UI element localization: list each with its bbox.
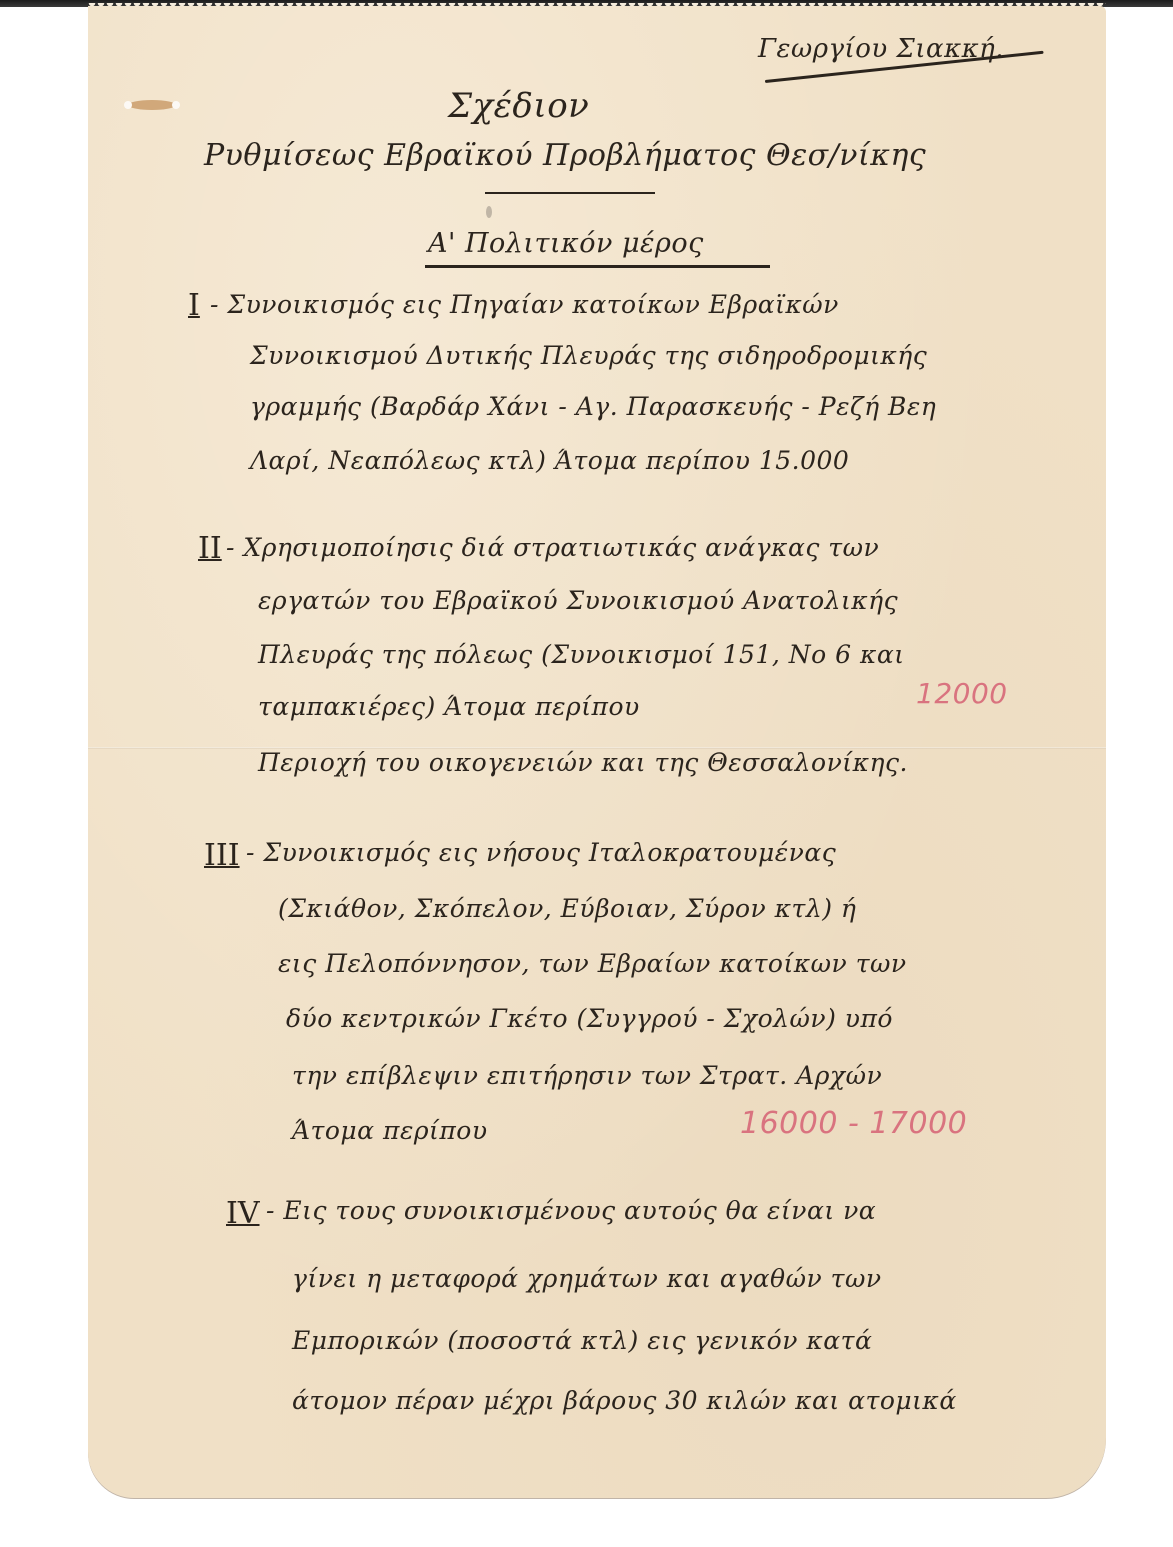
item-line: ταμπακιέρες) Άτομα περίπου bbox=[258, 692, 640, 721]
title-divider bbox=[485, 192, 655, 194]
item-line: την επίβλεψιν επιτήρησιν των Στρατ. Αρχώ… bbox=[292, 1061, 882, 1090]
red-annotation: 12000 bbox=[916, 677, 1008, 710]
document-page: Γεωργίου Σιακκή. Σχέδιον Ρυθμίσεως Εβραϊ… bbox=[88, 6, 1106, 1498]
item-line: εις Πελοπόννησον, των Εβραίων κατοίκων τ… bbox=[278, 949, 907, 978]
document-subtitle: Ρυθμίσεως Εβραϊκού Προβλήματος Θεσ/νίκης bbox=[204, 138, 926, 173]
document-title: Σχέδιον bbox=[448, 86, 589, 126]
item-line: γραμμής (Βαρδάρ Χάνι - Αγ. Παρασκευής - … bbox=[250, 392, 936, 421]
item-line: εργατών του Εβραϊκού Συνοικισμού Ανατολι… bbox=[258, 586, 898, 615]
item-line: - Συνοικισμός εις Πηγαίαν κατοίκων Εβραϊ… bbox=[210, 290, 839, 319]
item-line: άτομον πέραν μέχρι βάρους 30 κιλών και α… bbox=[292, 1386, 957, 1415]
item-line: Συνοικισμού Δυτικής Πλευράς της σιδηροδρ… bbox=[250, 341, 927, 370]
item-line: Πλευράς της πόλεως (Συνοικισμοί 151, Νο … bbox=[258, 640, 905, 669]
section-heading: Α' Πολιτικόν μέρος bbox=[428, 228, 704, 259]
item-line: - Χρησιμοποίησις διά στρατιωτικάς ανάγκα… bbox=[226, 533, 879, 562]
red-annotation: 16000 - 17000 bbox=[740, 1106, 967, 1141]
item-line: Εμπορικών (ποσοστά κτλ) εις γενικόν κατά bbox=[292, 1326, 872, 1355]
item-line: γίνει η μεταφορά χρημάτων και αγαθών των bbox=[292, 1264, 882, 1293]
item-line: Περιοχή του οικογενειών και της Θεσσαλον… bbox=[258, 748, 908, 777]
item-line: (Σκιάθον, Σκόπελον, Εύβοιαν, Σύρον κτλ) … bbox=[278, 894, 856, 923]
item-numeral: II bbox=[198, 531, 222, 566]
ink-smudge bbox=[486, 206, 492, 218]
item-numeral: IV bbox=[226, 1196, 260, 1231]
item-line: δύο κεντρικών Γκέτο (Συγγρού - Σχολών) υ… bbox=[286, 1004, 893, 1033]
pin-hole-stain bbox=[128, 100, 176, 110]
item-line: - Συνοικισμός εις νήσους Ιταλοκρατουμένα… bbox=[246, 838, 836, 867]
item-line: Άτομα περίπου bbox=[292, 1116, 488, 1145]
item-numeral: III bbox=[204, 838, 240, 873]
item-numeral: I bbox=[188, 288, 200, 323]
section-underline bbox=[425, 265, 770, 268]
item-line: - Εις τους συνοικισμένους αυτούς θα είνα… bbox=[266, 1196, 876, 1225]
item-line: Λαρί, Νεαπόλεως κτλ) Άτομα περίπου 15.00… bbox=[250, 446, 849, 475]
